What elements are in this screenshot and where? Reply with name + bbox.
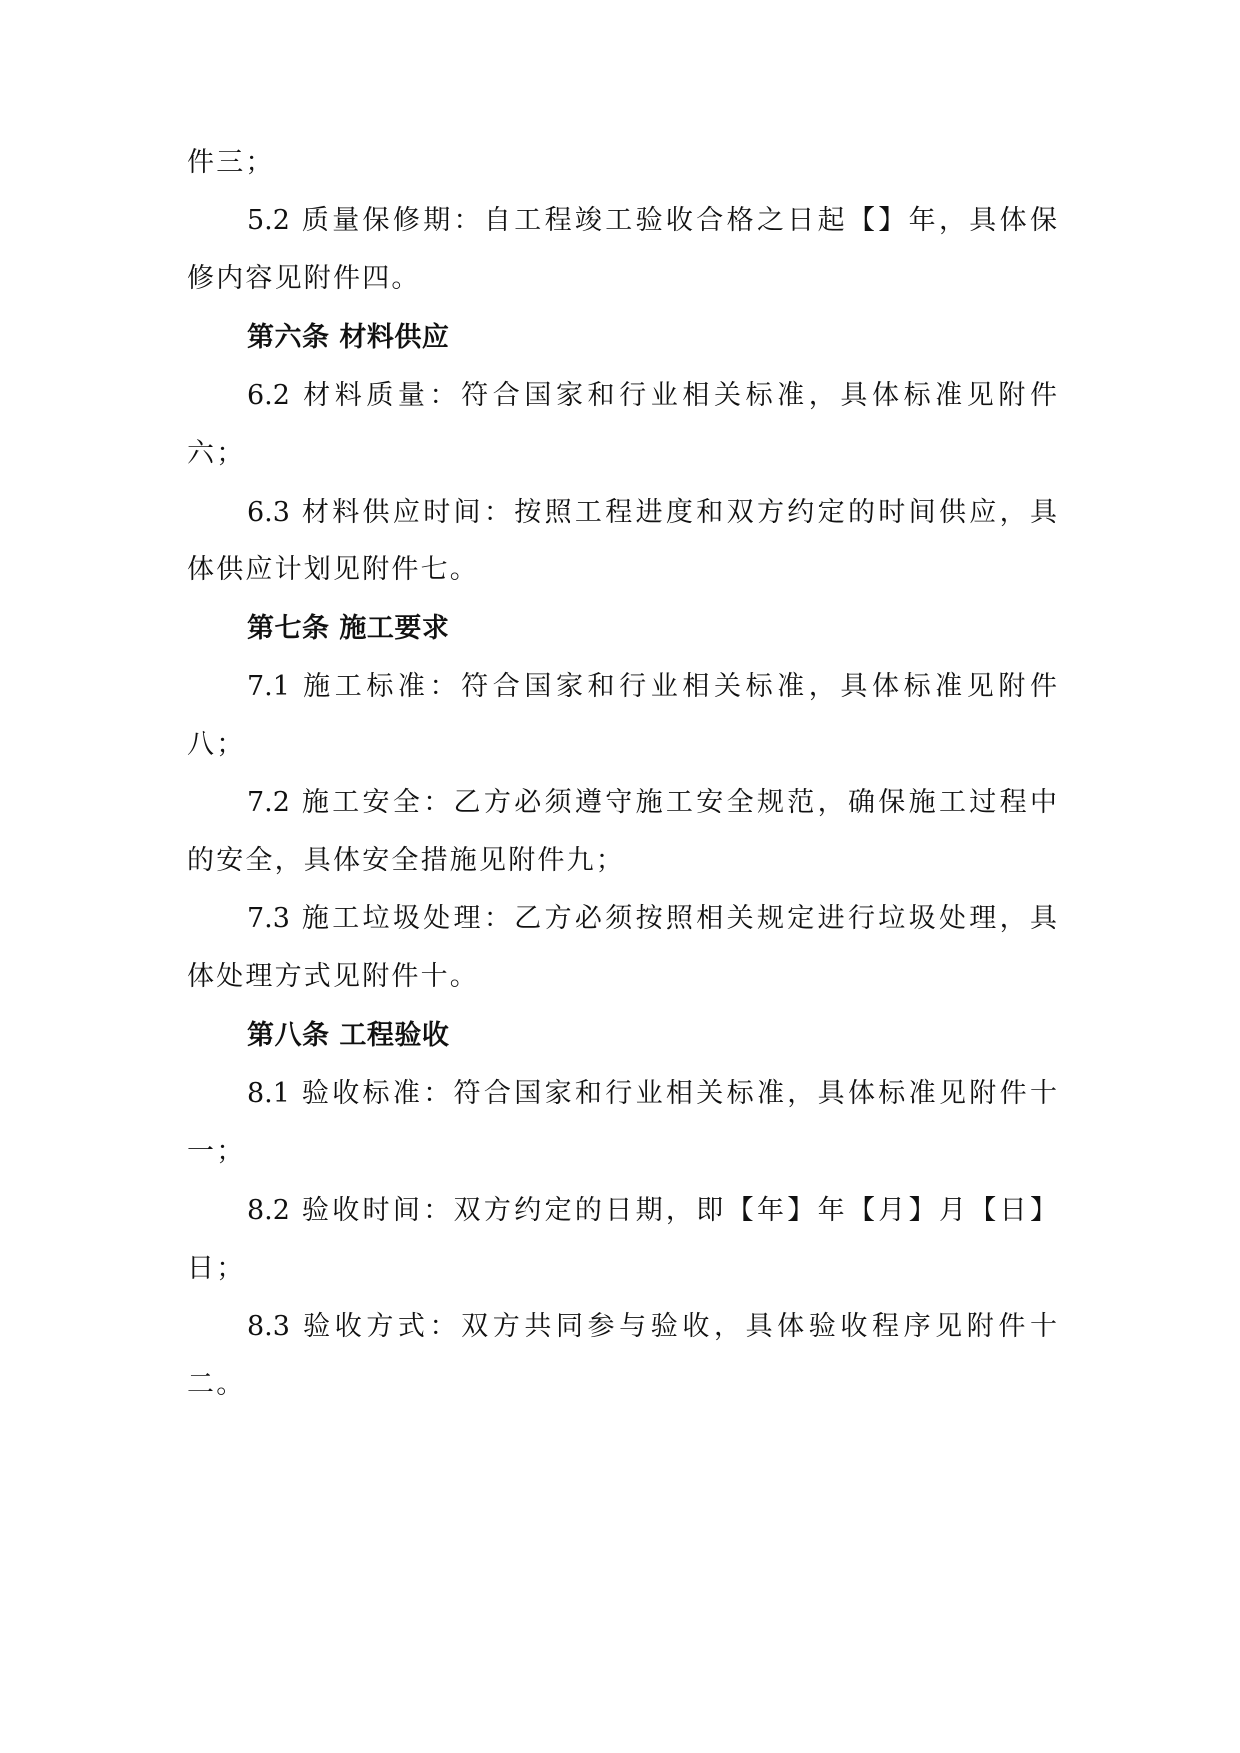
clause-8-3-continuation: 二。	[187, 1368, 245, 1402]
clause-8-2: 8.2 验收时间：双方约定的日期，即【年】年【月】月【日】	[247, 1194, 1057, 1228]
document-page: 件三； 5.2 质量保修期：自工程竣工验收合格之日起【】年，具体保 修内容见附件…	[0, 0, 1240, 1753]
clause-8-3: 8.3 验收方式：双方共同参与验收，具体验收程序见附件十	[247, 1310, 1057, 1344]
clause-8-1: 8.1 验收标准：符合国家和行业相关标准，具体标准见附件十	[247, 1077, 1057, 1111]
clause-5-2: 5.2 质量保修期：自工程竣工验收合格之日起【】年，具体保	[247, 204, 1057, 238]
article-6-heading: 第六条 材料供应	[247, 321, 449, 355]
clause-6-2-continuation: 六；	[187, 437, 245, 471]
body-line-continuation: 件三；	[187, 146, 275, 180]
clause-6-2: 6.2 材料质量：符合国家和行业相关标准，具体标准见附件	[247, 379, 1057, 413]
clause-7-3-continuation: 体处理方式见附件十。	[187, 960, 479, 994]
clause-6-3: 6.3 材料供应时间：按照工程进度和双方约定的时间供应，具	[247, 496, 1057, 530]
article-8-heading: 第八条 工程验收	[247, 1019, 449, 1053]
clause-5-2-continuation: 修内容见附件四。	[187, 262, 421, 296]
article-7-heading: 第七条 施工要求	[247, 612, 449, 646]
clause-7-3: 7.3 施工垃圾处理：乙方必须按照相关规定进行垃圾处理，具	[247, 902, 1057, 936]
clause-6-3-continuation: 体供应计划见附件七。	[187, 553, 479, 587]
clause-7-1: 7.1 施工标准：符合国家和行业相关标准，具体标准见附件	[247, 670, 1057, 704]
clause-8-1-continuation: 一；	[187, 1135, 245, 1169]
clause-7-1-continuation: 八；	[187, 728, 245, 762]
clause-7-2: 7.2 施工安全：乙方必须遵守施工安全规范，确保施工过程中	[247, 786, 1057, 820]
clause-8-2-continuation: 日；	[187, 1252, 245, 1286]
clause-7-2-continuation: 的安全，具体安全措施见附件九；	[187, 844, 625, 878]
